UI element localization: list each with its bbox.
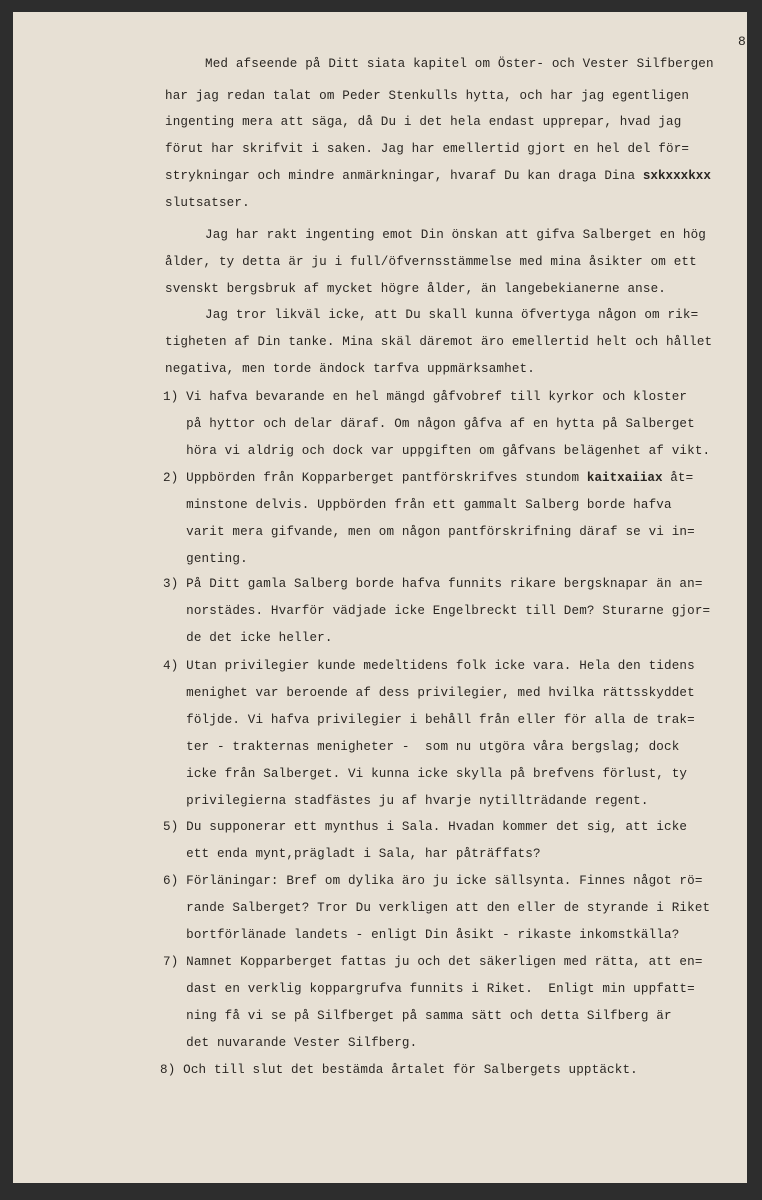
struck-out-text: sxkxxxkxx: [643, 169, 711, 183]
list-item-line: 2) Uppbörden från Kopparberget pantförsk…: [163, 470, 693, 486]
list-item-line: 6) Förläningar: Bref om dylika äro ju ic…: [163, 873, 703, 889]
list-item-line: 7) Namnet Kopparberget fattas ju och det…: [163, 954, 703, 970]
text-line: negativa, men torde ändock tarfva uppmär…: [165, 361, 535, 377]
list-item-line: menighet var beroende af dess privilegie…: [163, 685, 695, 701]
list-item-line: rande Salberget? Tror Du verkligen att d…: [163, 900, 710, 916]
text-line: Jag har rakt ingenting emot Din önskan a…: [205, 227, 706, 243]
list-item-line: ter - trakternas menigheter - som nu utg…: [163, 739, 679, 755]
text-line: ålder, ty detta är ju i full/öfvernsstäm…: [165, 254, 697, 270]
text-line: Med afseende på Ditt siata kapitel om Ös…: [205, 56, 714, 72]
page-number: 8: [738, 34, 746, 49]
document-page: 8 Med afseende på Ditt siata kapitel om …: [13, 12, 747, 1183]
list-item-line: 4) Utan privilegier kunde medeltidens fo…: [163, 658, 695, 674]
text-line: svenskt bergsbruk af mycket högre ålder,…: [165, 281, 666, 297]
list-item-line: ett enda mynt,prägladt i Sala, har påträ…: [163, 846, 541, 862]
list-item-line: 8) Och till slut det bestämda årtalet fö…: [160, 1062, 638, 1078]
list-item-line: icke från Salberget. Vi kunna icke skyll…: [163, 766, 687, 782]
list-item-line: 3) På Ditt gamla Salberg borde hafva fun…: [163, 576, 703, 592]
list-item-line: ning få vi se på Silfberget på samma sät…: [163, 1008, 672, 1024]
struck-out-text: kaitxaiiax: [587, 471, 663, 485]
list-item-line: 5) Du supponerar ett mynthus i Sala. Hva…: [163, 819, 687, 835]
list-item-line: höra vi aldrig och dock var uppgiften om…: [163, 443, 710, 459]
list-item-line: genting.: [163, 551, 248, 567]
list-item-line: minstone delvis. Uppbörden från ett gamm…: [163, 497, 672, 513]
text-line: Jag tror likväl icke, att Du skall kunna…: [205, 307, 698, 323]
list-item-line: på hyttor och delar däraf. Om någon gåfv…: [163, 416, 695, 432]
text-line: ingenting mera att säga, då Du i det hel…: [165, 114, 681, 130]
list-item-line: de det icke heller.: [163, 630, 333, 646]
text-line: tigheten af Din tanke. Mina skäl däremot…: [165, 334, 712, 350]
text-line: strykningar och mindre anmärkningar, hva…: [165, 168, 711, 184]
list-item-line: norstädes. Hvarför vädjade icke Engelbre…: [163, 603, 710, 619]
text-line: förut har skrifvit i saken. Jag har emel…: [165, 141, 689, 157]
text-line: slutsatser.: [165, 195, 250, 211]
list-item-line: det nuvarande Vester Silfberg.: [163, 1035, 417, 1051]
list-item-line: följde. Vi hafva privilegier i behåll fr…: [163, 712, 695, 728]
list-item-line: privilegierna stadfästes ju af hvarje ny…: [163, 793, 649, 809]
text-line: har jag redan talat om Peder Stenkulls h…: [165, 88, 689, 104]
list-item-line: dast en verklig koppargrufva funnits i R…: [163, 981, 695, 997]
list-item-line: 1) Vi hafva bevarande en hel mängd gåfvo…: [163, 389, 687, 405]
list-item-line: varit mera gifvande, men om någon pantfö…: [163, 524, 695, 540]
list-item-line: bortförlänade landets - enligt Din åsikt…: [163, 927, 679, 943]
